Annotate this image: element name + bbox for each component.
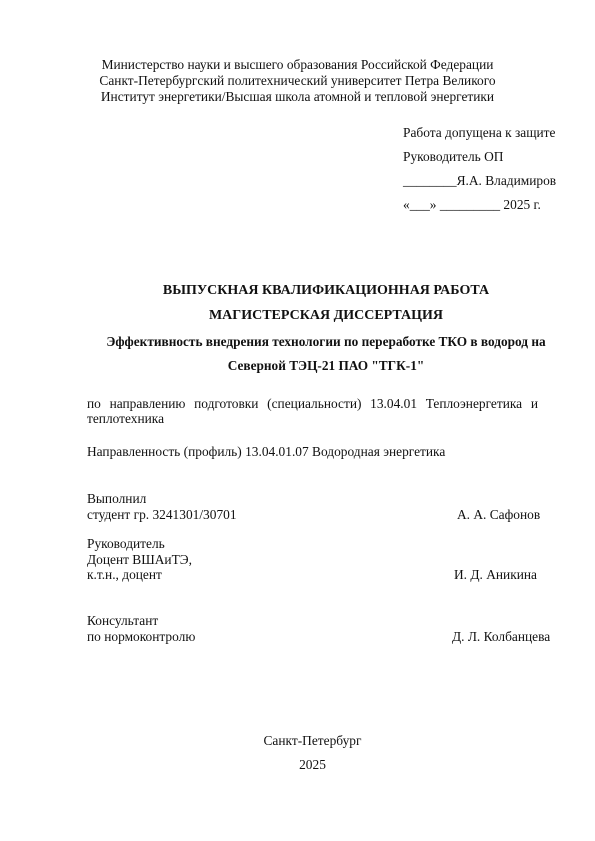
- approval-date: «___» _________ 2025 г.: [403, 193, 556, 217]
- direction-line1: по направлению подготовки (специальности…: [87, 396, 538, 411]
- consultant-block: Консультант по нормоконтролю: [87, 613, 195, 644]
- header-institute: Институт энергетики/Высшая школа атомной…: [0, 89, 595, 105]
- direction-line2: теплотехника: [87, 411, 164, 426]
- footer-city: Санкт-Петербург: [0, 733, 595, 749]
- supervisor-name: И. Д. Аникина: [454, 567, 537, 583]
- thesis-degree: МАГИСТЕРСКАЯ ДИССЕРТАЦИЯ: [0, 308, 595, 324]
- author-role: Выполнил: [87, 491, 237, 507]
- header-university: Санкт-Петербургский политехнический унив…: [0, 73, 595, 89]
- ministry-header: Министерство науки и высшего образования…: [0, 57, 595, 105]
- author-block: Выполнил студент гр. 3241301/30701: [87, 491, 237, 522]
- consultant-name: Д. Л. Колбанцева: [452, 629, 550, 645]
- thesis-topic-line2: Северной ТЭЦ-21 ПАО "ТГК-1": [0, 358, 595, 374]
- thesis-type: ВЫПУСКНАЯ КВАЛИФИКАЦИОННАЯ РАБОТА: [0, 283, 595, 299]
- footer-year: 2025: [0, 757, 595, 773]
- study-profile: Направленность (профиль) 13.04.01.07 Вод…: [87, 444, 445, 460]
- consultant-role: Консультант: [87, 613, 195, 629]
- approval-signature: ________Я.А. Владимиров: [403, 169, 556, 193]
- study-direction: по направлению подготовки (специальности…: [87, 396, 538, 426]
- supervisor-position: Доцент ВШАиТЭ,: [87, 552, 192, 568]
- approval-head: Руководитель ОП: [403, 145, 556, 169]
- author-position: студент гр. 3241301/30701: [87, 507, 237, 523]
- header-ministry: Министерство науки и высшего образования…: [0, 57, 595, 73]
- author-name: А. А. Сафонов: [457, 507, 540, 523]
- supervisor-role: Руководитель: [87, 536, 192, 552]
- thesis-topic-line1: Эффективность внедрения технологии по пе…: [0, 334, 595, 350]
- supervisor-block: Руководитель Доцент ВШАиТЭ, к.т.н., доце…: [87, 536, 192, 583]
- approval-block: Работа допущена к защите Руководитель ОП…: [403, 121, 556, 217]
- consultant-position: по нормоконтролю: [87, 629, 195, 645]
- supervisor-degree: к.т.н., доцент: [87, 567, 192, 583]
- approval-admitted: Работа допущена к защите: [403, 121, 556, 145]
